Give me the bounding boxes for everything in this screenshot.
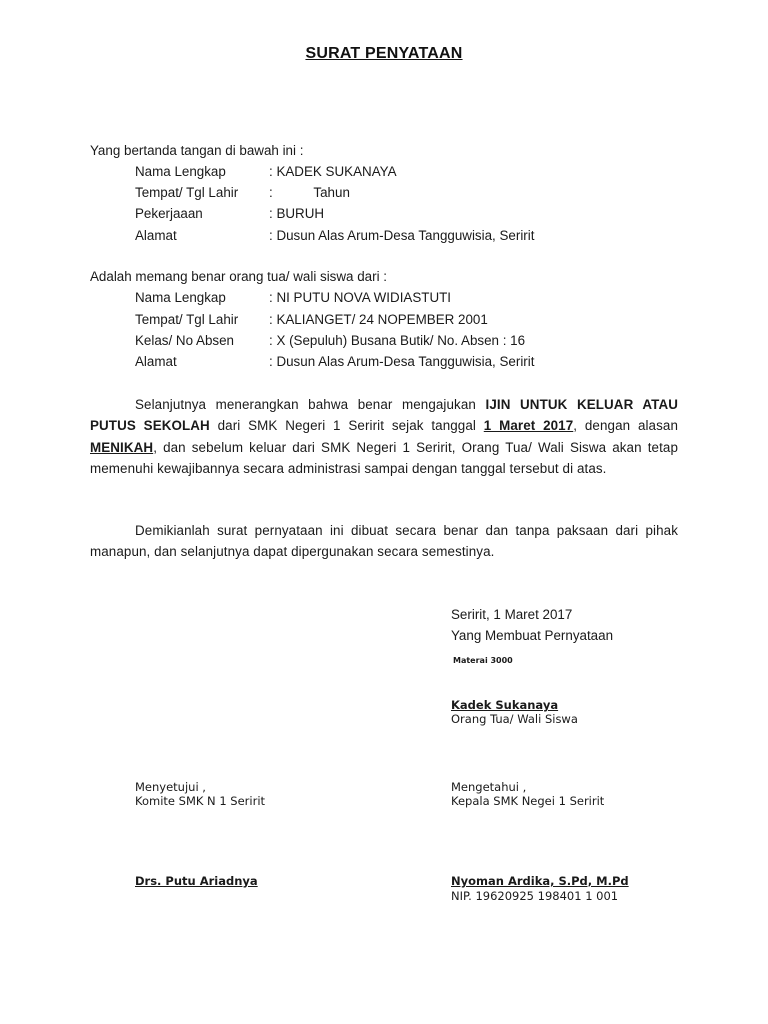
reason: MENIKAH [90, 440, 153, 455]
field-value: : KADEK SUKANAYA [269, 162, 397, 182]
field-value: : BURUH [269, 204, 324, 224]
field-label: Tempat/ Tgl Lahir [135, 183, 269, 203]
field-label: Alamat [135, 226, 269, 246]
signer-field-birth: Tempat/ Tgl Lahir: Tahun [135, 183, 350, 203]
intro-signer: Yang bertanda tangan di bawah ini : [90, 143, 303, 158]
field-label: Kelas/ No Absen [135, 331, 269, 351]
acknowledger-name: Nyoman Ardika, S.Pd, M.Pd [451, 874, 629, 888]
signer-field-address: Alamat: Dusun Alas Arum-Desa Tangguwisia… [135, 226, 534, 246]
field-value: : Dusun Alas Arum-Desa Tangguwisia, Seri… [269, 226, 534, 246]
maker-role: Orang Tua/ Wali Siswa [451, 712, 578, 727]
maker-label: Yang Membuat Pernyataan [451, 628, 613, 643]
field-label: Nama Lengkap [135, 162, 269, 182]
field-label: Nama Lengkap [135, 288, 269, 308]
field-value: : NI PUTU NOVA WIDIASTUTI [269, 288, 451, 308]
student-field-class: Kelas/ No Absen: X (Sepuluh) Busana Buti… [135, 331, 525, 351]
acknowledger-nip: NIP. 19620925 198401 1 001 [451, 889, 618, 904]
acknowledger-role: Kepala SMK Negei 1 Seririt [451, 794, 604, 809]
effective-date: 1 Maret 2017 [484, 418, 574, 433]
field-label: Tempat/ Tgl Lahir [135, 310, 269, 330]
signer-field-name: Nama Lengkap: KADEK SUKANAYA [135, 162, 397, 182]
acknowledger-heading: Mengetahui , [451, 780, 526, 795]
approver-heading: Menyetujui , [135, 780, 206, 795]
closing-paragraph: Demikianlah surat pernyataan ini dibuat … [90, 520, 678, 563]
place-date: Seririt, 1 Maret 2017 [451, 607, 572, 622]
text: , dengan alasan [573, 418, 678, 433]
signer-field-job: Pekerjaaan: BURUH [135, 204, 324, 224]
student-field-birth: Tempat/ Tgl Lahir: KALIANGET/ 24 NOPEMBE… [135, 310, 488, 330]
student-field-address: Alamat: Dusun Alas Arum-Desa Tangguwisia… [135, 352, 534, 372]
student-field-name: Nama Lengkap: NI PUTU NOVA WIDIASTUTI [135, 288, 451, 308]
text: Selanjutnya menerangkan bahwa benar meng… [135, 397, 486, 412]
intro-student: Adalah memang benar orang tua/ wali sisw… [90, 269, 387, 284]
approver-name: Drs. Putu Ariadnya [135, 874, 258, 888]
stamp-note: Materai 3000 [453, 656, 513, 665]
statement-paragraph: Selanjutnya menerangkan bahwa benar meng… [90, 394, 678, 480]
document-title: SURAT PENYATAAN [0, 45, 768, 63]
field-label: Pekerjaaan [135, 204, 269, 224]
field-value: : KALIANGET/ 24 NOPEMBER 2001 [269, 310, 488, 330]
field-value: : Dusun Alas Arum-Desa Tangguwisia, Seri… [269, 352, 534, 372]
text: , dan sebelum keluar dari SMK Negeri 1 S… [90, 440, 678, 476]
text: dari SMK Negeri 1 Seririt sejak tanggal [210, 418, 484, 433]
field-value: : X (Sepuluh) Busana Butik/ No. Absen : … [269, 331, 525, 351]
field-value: : Tahun [269, 183, 350, 203]
maker-name: Kadek Sukanaya [451, 698, 558, 712]
text: Demikianlah surat pernyataan ini dibuat … [90, 523, 678, 559]
approver-role: Komite SMK N 1 Seririt [135, 794, 265, 809]
field-label: Alamat [135, 352, 269, 372]
